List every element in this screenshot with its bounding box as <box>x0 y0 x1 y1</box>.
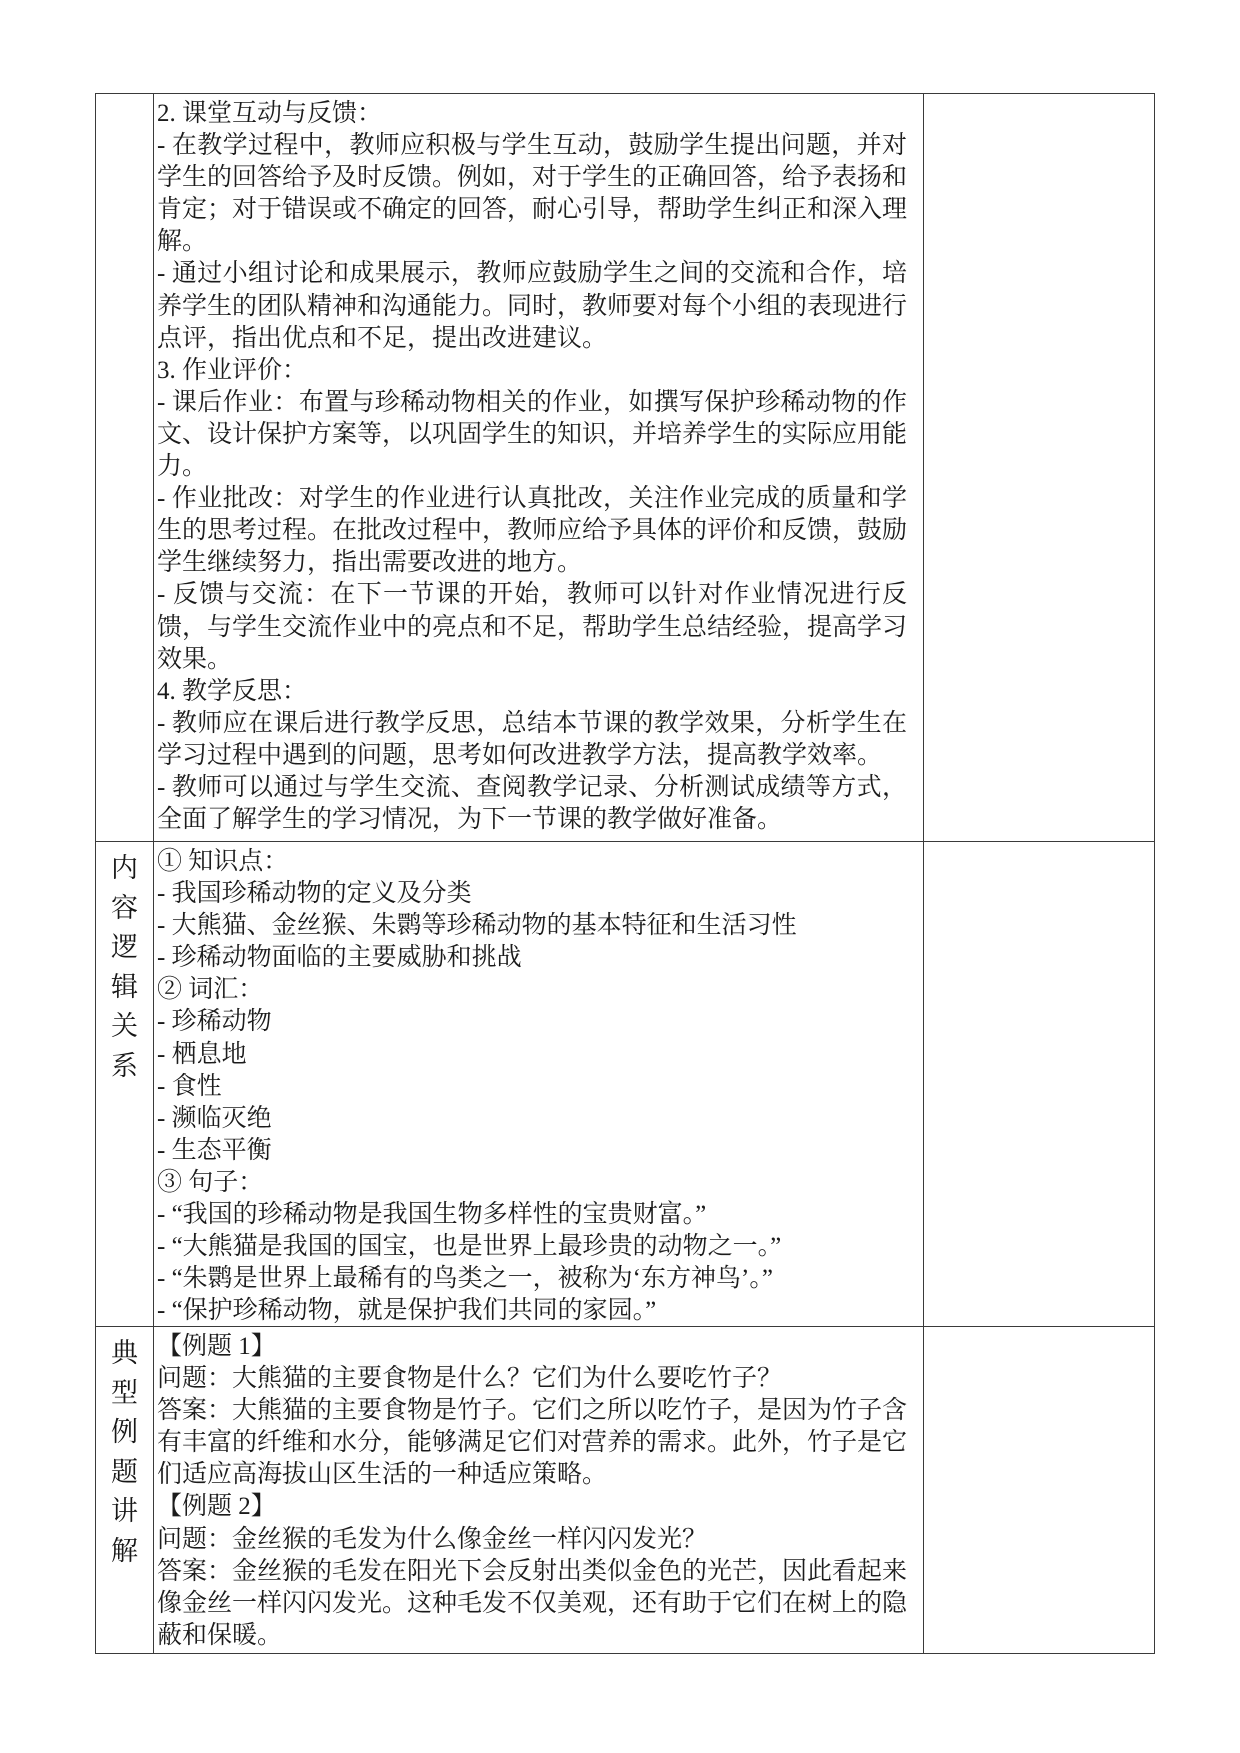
row2-content-cell: ① 知识点：- 我国珍稀动物的定义及分类- 大熊猫、金丝猴、朱鹮等珍稀动物的基本… <box>154 842 924 1327</box>
paragraph-line: - 在教学过程中，教师应积极与学生互动，鼓励学生提出问题，并对学生的回答给予及时… <box>157 130 907 258</box>
row3-notes-cell <box>924 1327 1154 1653</box>
row3-content-cell: 【例题 1】问题：大熊猫的主要食物是什么？它们为什么要吃竹子？答案：大熊猫的主要… <box>154 1327 924 1653</box>
paragraph-line: - 濒临灭绝 <box>157 1103 907 1135</box>
document-page: 2. 课堂互动与反馈：- 在教学过程中，教师应积极与学生互动，鼓励学生提出问题，… <box>0 0 1240 1753</box>
lesson-plan-table: 2. 课堂互动与反馈：- 在教学过程中，教师应积极与学生互动，鼓励学生提出问题，… <box>95 93 1155 1654</box>
paragraph-line: - 课后作业：布置与珍稀动物相关的作业，如撰写保护珍稀动物的作文、设计保护方案等… <box>157 387 907 483</box>
row1-header-cell <box>96 94 154 842</box>
paragraph-line: 问题：金丝猴的毛发为什么像金丝一样闪闪发光？ <box>157 1524 907 1556</box>
paragraph-line: - 生态平衡 <box>157 1135 907 1167</box>
paragraph-line: 【例题 2】 <box>157 1491 907 1523</box>
paragraph-line: - 通过小组讨论和成果展示，教师应鼓励学生之间的交流和合作，培养学生的团队精神和… <box>157 258 907 354</box>
paragraph-line: - 大熊猫、金丝猴、朱鹮等珍稀动物的基本特征和生活习性 <box>157 910 907 942</box>
paragraph-line: 问题：大熊猫的主要食物是什么？它们为什么要吃竹子？ <box>157 1363 907 1395</box>
row2-notes-cell <box>924 842 1154 1327</box>
paragraph-line: - “大熊猫是我国的国宝，也是世界上最珍贵的动物之一。” <box>157 1231 907 1263</box>
paragraph-line: ② 词汇： <box>157 974 907 1006</box>
paragraph-line: - 珍稀动物 <box>157 1006 907 1038</box>
paragraph-line: - 教师应在课后进行教学反思，总结本节课的教学效果，分析学生在学习过程中遇到的问… <box>157 708 907 772</box>
paragraph-line: - 食性 <box>157 1071 907 1103</box>
paragraph-line: - 我国珍稀动物的定义及分类 <box>157 878 907 910</box>
paragraph-line: - “我国的珍稀动物是我国生物多样性的宝贵财富。” <box>157 1199 907 1231</box>
row1-content-cell: 2. 课堂互动与反馈：- 在教学过程中，教师应积极与学生互动，鼓励学生提出问题，… <box>154 94 924 842</box>
row-header-content-logic: 内容逻辑关系 <box>96 842 154 1327</box>
paragraph-line: - 作业批改：对学生的作业进行认真批改，关注作业完成的质量和学生的思考过程。在批… <box>157 483 907 579</box>
paragraph-line: - 教师可以通过与学生交流、查阅教学记录、分析测试成绩等方式，全面了解学生的学习… <box>157 772 907 836</box>
paragraph-line: - “保护珍稀动物，就是保护我们共同的家园。” <box>157 1295 907 1327</box>
paragraph-line: 【例题 1】 <box>157 1331 907 1363</box>
paragraph-line: 2. 课堂互动与反馈： <box>157 98 907 130</box>
paragraph-line: ③ 句子： <box>157 1167 907 1199</box>
paragraph-line: - 珍稀动物面临的主要威胁和挑战 <box>157 942 907 974</box>
row1-notes-cell <box>924 94 1154 842</box>
paragraph-line: 4. 教学反思： <box>157 676 907 708</box>
paragraph-line: 答案：金丝猴的毛发在阳光下会反射出类似金色的光芒，因此看起来像金丝一样闪闪发光。… <box>157 1556 907 1652</box>
paragraph-line: - “朱鹮是世界上最稀有的鸟类之一，被称为‘东方神鸟’。” <box>157 1263 907 1295</box>
row-header-example-explanation: 典型例题讲解 <box>96 1327 154 1653</box>
paragraph-line: ① 知识点： <box>157 846 907 878</box>
paragraph-line: - 栖息地 <box>157 1039 907 1071</box>
paragraph-line: - 反馈与交流：在下一节课的开始，教师可以针对作业情况进行反馈，与学生交流作业中… <box>157 579 907 675</box>
paragraph-line: 3. 作业评价： <box>157 355 907 387</box>
row3-header-label: 典型例题讲解 <box>110 1334 140 1571</box>
paragraph-line: 答案：大熊猫的主要食物是竹子。它们之所以吃竹子，是因为竹子含有丰富的纤维和水分，… <box>157 1395 907 1491</box>
row2-header-label: 内容逻辑关系 <box>110 849 140 1086</box>
